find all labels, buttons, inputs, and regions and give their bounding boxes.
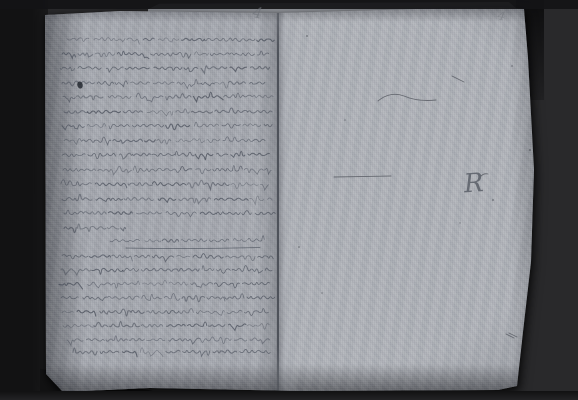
- handwriting-stroke: [207, 139, 220, 142]
- paper-speck: [459, 222, 460, 223]
- handwriting-stroke: [87, 110, 120, 113]
- handwriting-stroke: [215, 198, 249, 200]
- handwriting-stroke: [215, 108, 248, 113]
- handwriting-stroke: [167, 268, 199, 271]
- handwriting-stroke: [127, 38, 139, 44]
- handwriting-stroke: [231, 183, 258, 189]
- handwriting-stroke: [208, 325, 225, 327]
- pencil-mark-scratch: [452, 76, 464, 82]
- handwriting-stroke: [89, 255, 110, 258]
- handwriting-stroke: [201, 82, 214, 85]
- handwriting-stroke: [151, 53, 167, 55]
- handwriting-stroke: [62, 125, 84, 130]
- handwriting-stroke: [247, 296, 275, 299]
- handwriting-stroke: [229, 38, 255, 42]
- handwriting-stroke: [140, 348, 163, 357]
- handwriting-stroke: [88, 282, 118, 288]
- handwriting-stroke: [60, 67, 75, 71]
- handwriting-stroke: [61, 269, 91, 275]
- handwriting-stroke: [183, 350, 210, 356]
- handwriting-stroke: [242, 211, 252, 215]
- handwriting-stroke: [165, 169, 179, 173]
- handwriting-stroke: [210, 53, 229, 56]
- handwriting-stroke: [207, 296, 225, 301]
- handwriting-stroke: [61, 297, 78, 299]
- handwriting-stroke: [166, 124, 190, 130]
- handwriting-stroke: [264, 124, 272, 126]
- handwriting-stroke: [129, 339, 144, 341]
- handwriting-stroke: [177, 79, 202, 88]
- handwriting-stroke: [63, 168, 96, 171]
- handwriting-stroke: [82, 137, 111, 145]
- handwriting-stroke: [195, 153, 213, 160]
- handwriting-stroke: [175, 151, 194, 156]
- handwriting-stroke: [62, 311, 74, 313]
- handwriting-stroke: [78, 53, 93, 57]
- handwriting-stroke: [141, 324, 162, 327]
- handwriting-stroke: [84, 211, 106, 214]
- handwriting-stroke: [166, 211, 196, 216]
- handwriting-stroke: [131, 310, 144, 313]
- handwriting-stroke: [124, 198, 153, 201]
- handwriting-stroke: [169, 338, 200, 344]
- handwriting-stroke: [77, 310, 96, 316]
- handwriting-stroke: [133, 124, 164, 127]
- handwriting-stroke: [180, 309, 194, 314]
- handwriting-stroke: [153, 82, 174, 85]
- handwriting-stroke: [73, 348, 97, 355]
- handwriting-stroke: [176, 139, 205, 143]
- handwriting-stroke: [119, 281, 140, 285]
- handwriting-stroke: [245, 309, 269, 316]
- handwriting-stroke: [108, 96, 131, 99]
- handwriting-stroke: [106, 336, 127, 341]
- handwriting-stroke: [209, 239, 228, 242]
- handwriting-stroke: [193, 254, 223, 259]
- handwriting-stroke: [107, 296, 139, 299]
- handwriting-stroke: [191, 283, 213, 288]
- handwriting-stroke: [230, 53, 255, 56]
- handwriting-stroke: [95, 183, 127, 188]
- pencil-marks: [298, 35, 531, 338]
- paper-speck: [492, 199, 494, 201]
- handwriting-stroke: [134, 255, 149, 257]
- handwriting-stroke: [180, 166, 191, 170]
- handwriting-stroke: [248, 110, 273, 113]
- handwriting-stroke: [110, 321, 140, 326]
- handwriting-stroke: [254, 139, 265, 142]
- handwriting-stroke: [248, 153, 269, 155]
- handwriting-stroke: [143, 280, 167, 285]
- handwriting-stroke: [63, 324, 94, 327]
- handwriting-stroke: [230, 67, 247, 71]
- paper-speck: [306, 35, 308, 37]
- handwriting-stroke: [214, 282, 239, 288]
- handwriting-stroke: [247, 324, 269, 330]
- handwriting-stroke: [128, 183, 153, 186]
- handwriting-stroke: [194, 92, 224, 102]
- handwriting-stroke: [196, 169, 211, 174]
- handwriting-stroke: [64, 210, 83, 214]
- folio-mark-center: 4: [250, 3, 264, 23]
- handwriting-stroke: [62, 194, 92, 200]
- handwriting-stroke: [94, 322, 108, 326]
- handwriting-stroke: [205, 182, 230, 189]
- handwriting-stroke: [217, 269, 231, 273]
- handwriting-stroke: [179, 198, 210, 204]
- manuscript-scan: 4 4 R: [0, 0, 578, 400]
- handwriting-stroke: [202, 266, 214, 271]
- handwriting-stroke: [59, 282, 83, 288]
- handwriting-stroke: [121, 227, 126, 230]
- folio-mark-right: 4: [495, 8, 506, 23]
- ink-layer: 4 4 R: [0, 0, 578, 400]
- handwriting-stroke: [153, 255, 174, 261]
- handwriting-stroke: [67, 339, 83, 346]
- pencil-mark-scratch: [378, 94, 436, 101]
- handwriting-stroke: [96, 198, 123, 201]
- handwriting-stroke: [191, 111, 212, 113]
- handwriting-stroke: [240, 349, 270, 353]
- pencil-mark-scratch: [506, 333, 517, 338]
- handwriting-stroke: [92, 268, 124, 274]
- handwriting-stroke: [164, 294, 180, 301]
- handwriting-stroke: [112, 255, 133, 261]
- handwriting-stroke: [213, 165, 243, 171]
- handwriting-stroke: [63, 96, 75, 102]
- handwriting-stroke: [113, 139, 143, 143]
- handwriting-stroke: [122, 268, 138, 272]
- handwriting-stroke: [196, 311, 224, 316]
- handwriting-stroke: [131, 82, 150, 84]
- handwriting-stroke: [232, 266, 262, 274]
- handwriting-stroke: [167, 324, 186, 326]
- paper-speck: [529, 149, 531, 151]
- handwriting-stroke: [226, 256, 255, 261]
- handwriting-stroke: [223, 137, 254, 142]
- handwriting-stroke: [255, 212, 275, 214]
- handwriting-stroke: [77, 96, 103, 100]
- handwriting-stroke: [100, 351, 119, 354]
- handwriting-stroke: [157, 139, 171, 144]
- handwriting-stroke: [147, 111, 173, 116]
- handwriting-stroke: [195, 122, 219, 127]
- handwriting-stroke: [62, 154, 85, 157]
- pencil-mark-line: [334, 176, 391, 177]
- handwriting-stroke: [64, 111, 88, 114]
- handwriting-stroke: [88, 153, 116, 158]
- handwriting-stroke: [184, 67, 198, 71]
- handwriting-stroke: [107, 226, 119, 229]
- handwriting-stroke: [187, 180, 203, 188]
- handwriting-stroke: [233, 238, 246, 241]
- handwriting-stroke: [62, 53, 76, 58]
- handwriting-stroke: [162, 239, 178, 242]
- handwriting-stroke: [204, 38, 228, 41]
- handwriting-stroke: [227, 310, 242, 313]
- handwriting-stroke: [137, 212, 162, 214]
- handwriting-stroke: [109, 124, 129, 129]
- handwriting-stroke: [182, 38, 205, 41]
- handwriting-stroke: [167, 52, 191, 58]
- handwriting-stroke: [265, 268, 272, 271]
- handwriting-stroke: [195, 52, 209, 56]
- handwriting-stroke: [257, 51, 268, 55]
- handwriting-stroke: [62, 255, 88, 259]
- paper-speck: [344, 119, 346, 121]
- handwriting-stroke: [169, 282, 187, 285]
- handwriting-stroke: [177, 255, 190, 257]
- handwriting-stroke: [64, 139, 81, 145]
- handwriting-stroke: [94, 38, 125, 42]
- handwriting-stroke: [222, 124, 240, 128]
- pencil-letter-r: R: [462, 168, 485, 199]
- handwriting-stroke: [250, 338, 270, 344]
- handwriting-stroke: [261, 184, 269, 190]
- heading-underline: [126, 247, 260, 248]
- handwriting-stroke: [95, 52, 115, 56]
- handwriting-stroke: [83, 296, 107, 300]
- handwriting-stroke: [268, 198, 273, 200]
- handwriting-stroke: [98, 166, 131, 174]
- handwriting-stroke: [258, 256, 274, 259]
- handwriting-stroke: [64, 227, 76, 233]
- handwriting-stroke: [87, 123, 105, 127]
- handwriting-stroke: [181, 239, 207, 242]
- handwriting-stroke: [201, 66, 227, 73]
- handwriting-stroke: [118, 51, 149, 58]
- handwriting-stroke: [109, 212, 133, 215]
- handwriting-stroke: [153, 182, 187, 186]
- handwriting-stroke: [234, 338, 246, 341]
- handwriting-stroke: [141, 268, 166, 271]
- handwriting-stroke: [158, 198, 176, 202]
- handwriting-stroke: [201, 337, 232, 344]
- handwriting-stroke: [250, 82, 265, 84]
- handwriting-stroke: [213, 350, 237, 353]
- handwriting-stroke: [228, 81, 245, 84]
- handwriting-stroke: [86, 339, 104, 341]
- handwriting-stroke: [61, 180, 91, 186]
- handwriting-stroke: [147, 310, 165, 313]
- handwriting-stroke: [158, 38, 179, 42]
- handwriting-stroke: [166, 350, 180, 353]
- handwriting-stroke: [123, 110, 142, 113]
- handwriting-stroke: [253, 95, 274, 98]
- handwriting-stroke: [115, 81, 128, 87]
- paper-speck: [321, 292, 323, 294]
- handwriting-stroke: [125, 67, 149, 69]
- handwriting-stroke: [188, 322, 207, 327]
- handwriting-stroke: [217, 153, 228, 156]
- handwriting-stroke: [134, 166, 166, 173]
- handwriting-stroke: [165, 310, 179, 313]
- paper-speck: [511, 65, 513, 67]
- handwriting-stroke: [132, 153, 150, 156]
- handwriting-stroke: [248, 236, 264, 242]
- handwriting-stroke: [78, 224, 106, 232]
- handwriting-stroke: [257, 39, 274, 41]
- handwriting-stroke: [78, 66, 101, 69]
- handwriting-stroke: [143, 38, 154, 41]
- handwriting-stroke: [110, 239, 140, 241]
- handwriting-stroke: [120, 153, 132, 159]
- handwriting-stroke: [231, 151, 245, 157]
- paper-speck: [298, 246, 300, 248]
- handwriting-stroke: [67, 38, 89, 42]
- handwriting-stroke: [147, 338, 165, 340]
- handwriting-stroke: [142, 294, 162, 300]
- handwriting-stroke: [100, 309, 131, 316]
- handwriting-stroke: [122, 351, 137, 357]
- handwriting-stroke: [154, 67, 182, 70]
- handwriting-stroke: [244, 168, 271, 174]
- handwriting-stroke: [251, 66, 270, 69]
- handwriting-stroke: [97, 81, 113, 85]
- handwriting-strokes: [59, 38, 275, 357]
- handwriting-stroke: [182, 296, 205, 302]
- handwriting-stroke: [166, 94, 191, 100]
- handwriting-stroke: [225, 294, 244, 299]
- handwriting-stroke: [106, 67, 123, 72]
- handwriting-stroke: [145, 140, 156, 142]
- handwriting-stroke: [152, 153, 175, 156]
- handwriting-stroke: [145, 239, 161, 242]
- handwriting-stroke: [200, 212, 216, 215]
- handwriting-stroke: [229, 324, 246, 330]
- handwriting-stroke: [242, 282, 269, 285]
- handwriting-stroke: [224, 93, 252, 98]
- handwriting-stroke: [136, 93, 163, 102]
- handwriting-stroke: [214, 82, 228, 88]
- handwriting-stroke: [216, 212, 240, 215]
- handwriting-stroke: [243, 124, 261, 127]
- handwriting-stroke: [176, 109, 189, 113]
- handwriting-stroke: [250, 196, 264, 205]
